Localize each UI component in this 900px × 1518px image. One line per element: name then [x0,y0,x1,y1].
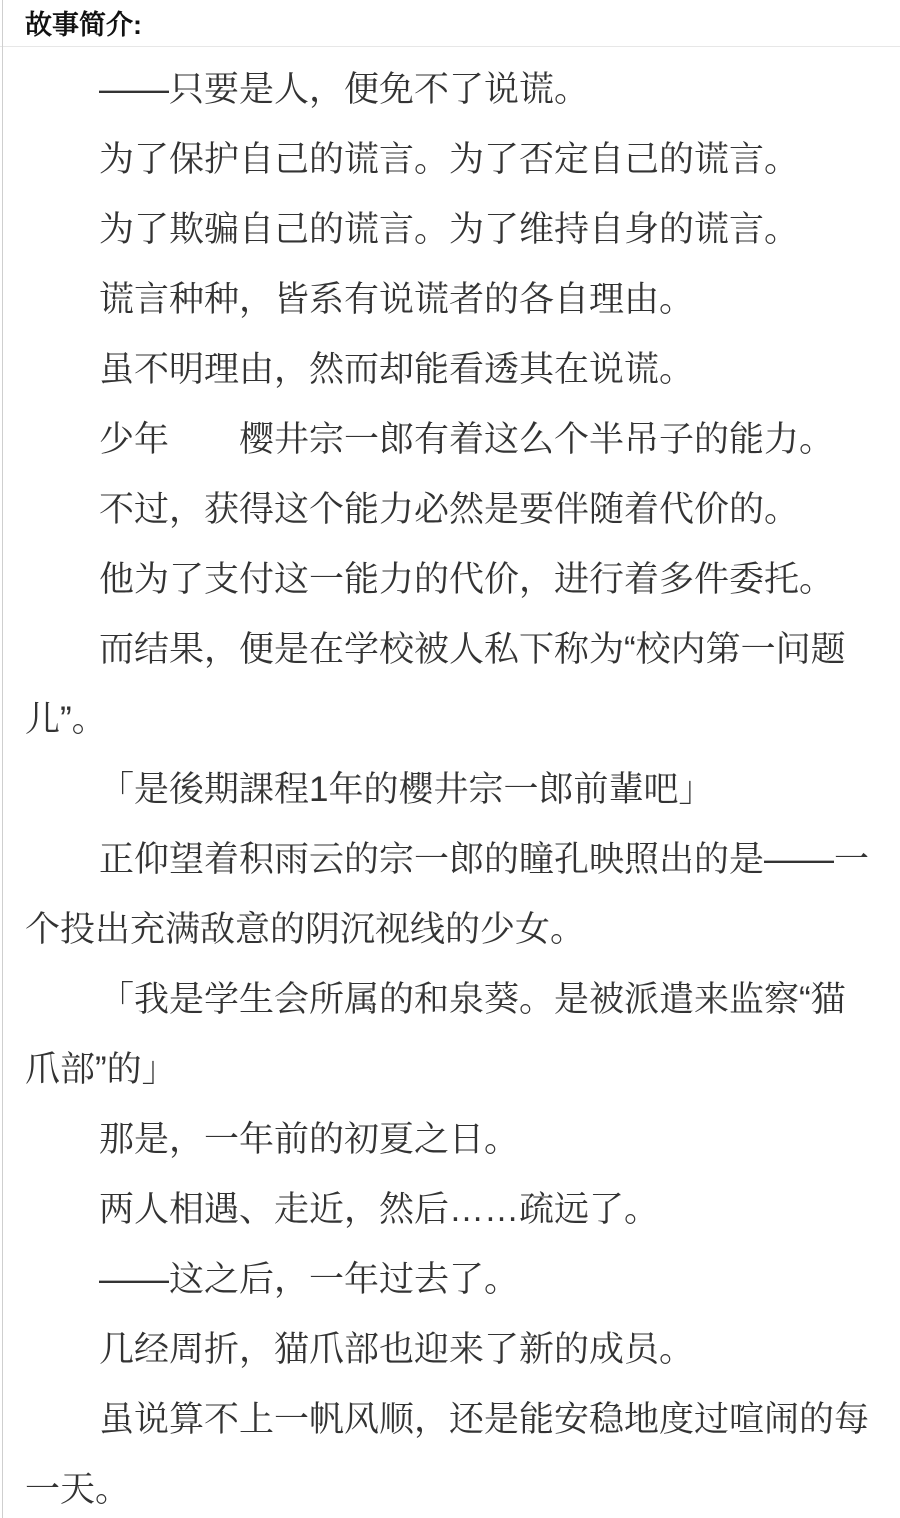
synopsis-paragraph: 正仰望着积雨云的宗一郎的瞳孔映照出的是——一个投出充满敌意的阴沉视线的少女。 [25,825,880,965]
page-title: 故事简介: [0,0,900,46]
synopsis-paragraph: 他为了支付这一能力的代价，进行着多件委托。 [25,545,880,615]
synopsis-paragraph: 两人相遇、走近，然后……疏远了。 [25,1175,880,1245]
synopsis-paragraph: 虽不明理由，然而却能看透其在说谎。 [25,335,880,405]
synopsis-paragraph: 「我是学生会所属的和泉葵。是被派遣来监察“猫爪部”的」 [25,965,880,1105]
left-border-line [2,0,3,1518]
synopsis-paragraph: 为了欺骗自己的谎言。为了维持自身的谎言。 [25,195,880,265]
synopsis-paragraph: 「是後期課程1年的櫻井宗一郎前輩吧」 [25,755,880,825]
synopsis-paragraph: ——这之后，一年过去了。 [25,1245,880,1315]
synopsis-paragraph: 不过，获得这个能力必然是要伴随着代价的。 [25,475,880,545]
synopsis-paragraph: 几经周折，猫爪部也迎来了新的成员。 [25,1315,880,1385]
synopsis-paragraph: 谎言种种，皆系有说谎者的各自理由。 [25,265,880,335]
synopsis-paragraph: 为了保护自己的谎言。为了否定自己的谎言。 [25,125,880,195]
synopsis-paragraph: 而结果，便是在学校被人私下称为“校内第一问题儿”。 [25,615,880,755]
synopsis-body: ——只要是人，便免不了说谎。 为了保护自己的谎言。为了否定自己的谎言。 为了欺骗… [25,47,880,1518]
synopsis-paragraph: ——只要是人，便免不了说谎。 [25,55,880,125]
synopsis-paragraph: 少年 樱井宗一郎有着这么个半吊子的能力。 [25,405,880,475]
synopsis-paragraph: 虽说算不上一帆风顺，还是能安稳地度过喧闹的每一天。 [25,1385,880,1518]
synopsis-paragraph: 那是，一年前的初夏之日。 [25,1105,880,1175]
